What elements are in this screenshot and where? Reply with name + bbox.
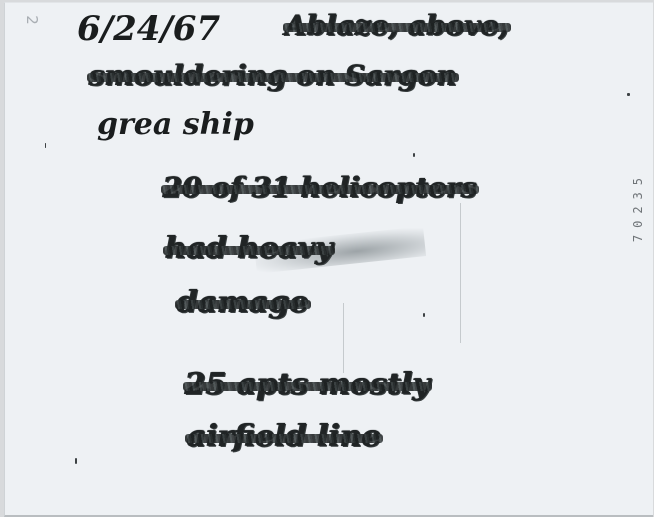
struck-text: had heavy: [165, 231, 333, 266]
ink-speck: [413, 153, 415, 157]
struck-text: airfield line: [187, 419, 381, 454]
ink-speck: [75, 458, 77, 464]
caption-text: grea ship: [97, 107, 254, 142]
ink-speck: [627, 93, 630, 96]
scan-artifact-line: [343, 303, 344, 373]
photo-back-paper: 2 6/24/67 Ablaze, above, smouldering on …: [4, 2, 653, 517]
handwritten-date: 6/24/67: [77, 9, 220, 49]
struck-text: 25 apts mostly: [185, 367, 430, 402]
handwritten-line: grea ship: [97, 107, 254, 142]
handwritten-line-struck: damage: [177, 285, 309, 320]
struck-text: 20 of 31 helicopters: [163, 171, 477, 204]
serial-number: 70235: [631, 171, 645, 242]
scan-artifact-line: [460, 203, 461, 343]
struck-text: Ablaze, above,: [285, 9, 509, 42]
struck-text: damage: [177, 285, 309, 320]
date-text: 6/24/67: [77, 9, 220, 49]
handwritten-line-struck: airfield line: [187, 419, 381, 454]
handwritten-line-struck: Ablaze, above,: [285, 9, 509, 42]
handwritten-line-struck: 20 of 31 helicopters: [163, 171, 477, 204]
handwritten-line-struck: 25 apts mostly: [185, 367, 430, 402]
struck-text: smouldering on Sargon: [89, 59, 457, 92]
ink-speck: [45, 143, 46, 148]
handwritten-line-struck: had heavy: [165, 231, 333, 266]
corner-page-number: 2: [23, 15, 41, 25]
ink-speck: [423, 313, 425, 317]
handwritten-line-struck: smouldering on Sargon: [89, 59, 457, 92]
